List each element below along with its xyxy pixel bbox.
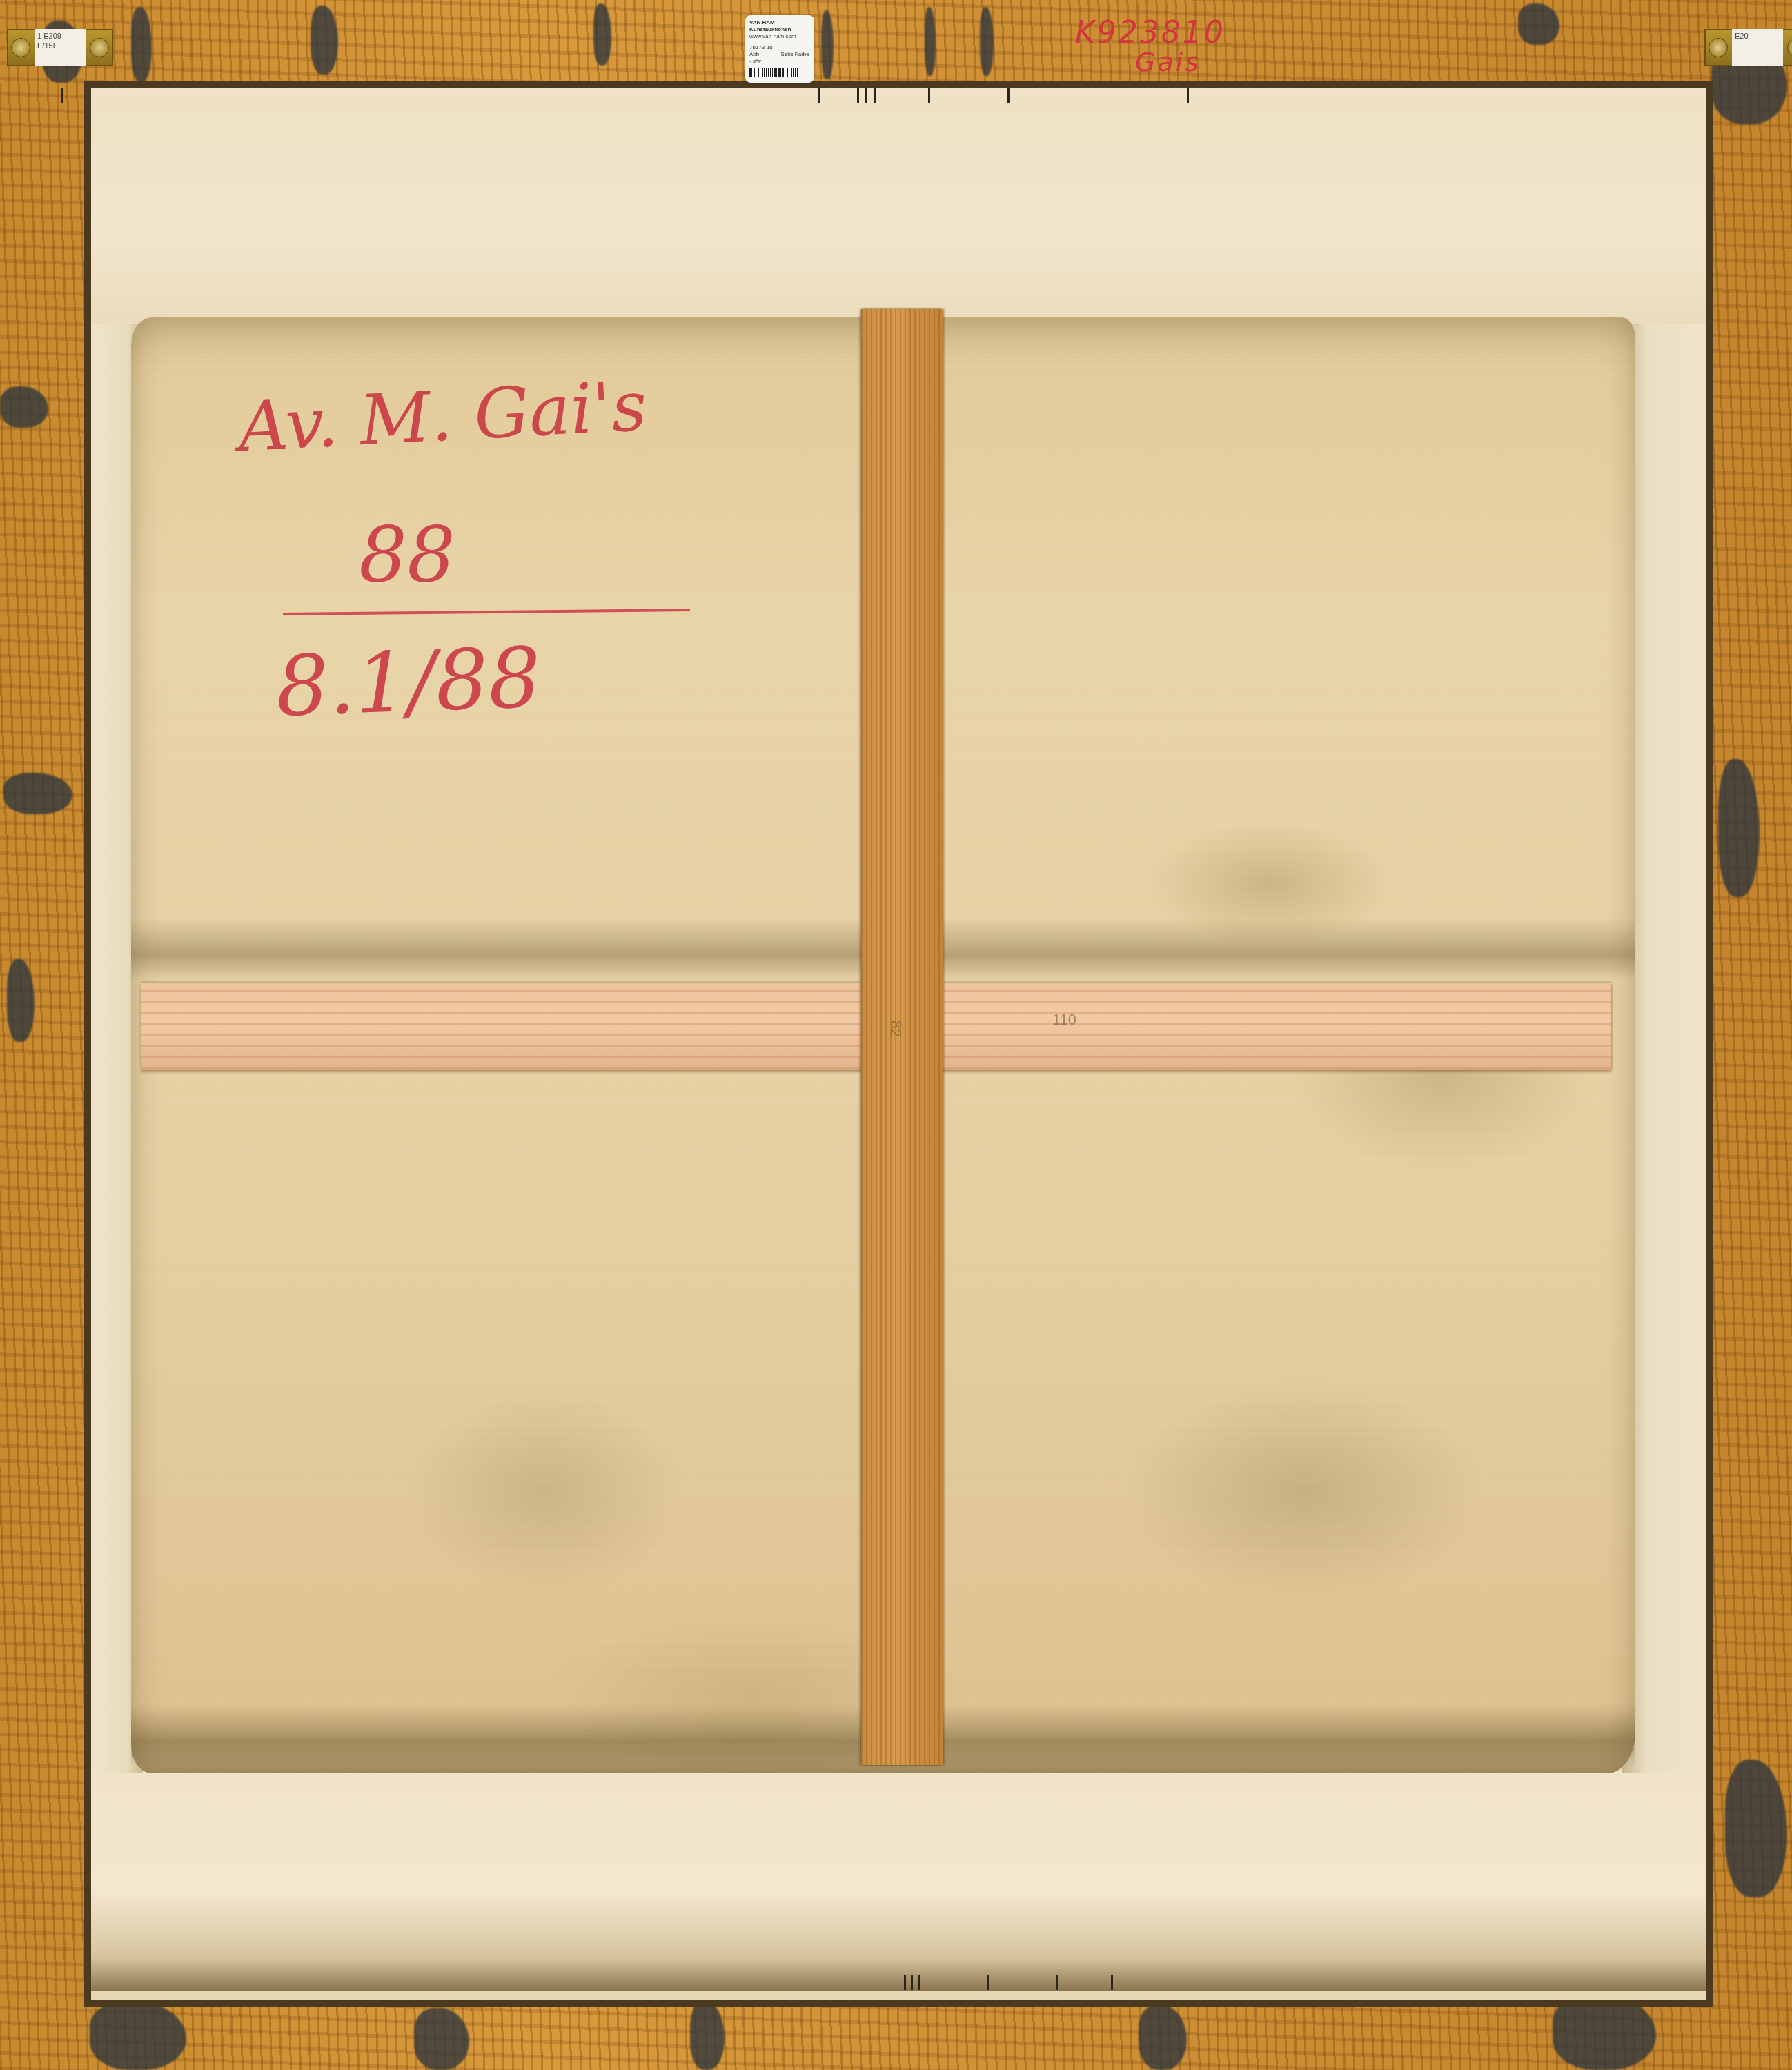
paint-stain (593, 3, 611, 66)
paint-stain (414, 2008, 469, 2070)
staple (1056, 1975, 1058, 1990)
staple (857, 88, 859, 103)
screw-icon (11, 38, 30, 57)
hanger-bracket-left: 1 E209 E/15E (7, 29, 113, 66)
staple (904, 1975, 906, 1990)
paint-stain (311, 6, 338, 75)
auction-website: www.van-ham.com (749, 33, 810, 40)
paint-stain (0, 386, 48, 428)
staple (1187, 88, 1189, 103)
paint-stain (131, 7, 152, 83)
staple (865, 88, 867, 103)
staple (874, 88, 876, 103)
staple (987, 1975, 989, 1990)
paint-stain (821, 10, 834, 79)
staple (1007, 88, 1010, 103)
canvas-inscription-date: 8.1/88 (275, 630, 543, 735)
auction-label: VAN HAM Kunstauktionen www.van-ham.com 7… (745, 15, 814, 83)
paint-stain (3, 773, 72, 814)
stretcher-mark: 110 (1052, 1011, 1076, 1029)
paint-stain (1518, 3, 1559, 45)
screw-icon (1709, 38, 1728, 57)
hanger-tag: E20 (1732, 29, 1783, 66)
barcode-icon (749, 68, 798, 77)
auction-house-name: VAN HAM Kunstauktionen (749, 19, 810, 33)
label-field: Abb ______ Seite Farbe - s/w (749, 51, 810, 65)
hanger-tag-text: E20 (1735, 32, 1749, 41)
lot-number: 76173-16 (749, 44, 810, 51)
vertical-stretcher-bar: 82 (861, 309, 943, 1765)
screw-icon (1787, 38, 1792, 57)
paint-stain (925, 7, 936, 76)
staple (928, 88, 930, 103)
paint-stain (690, 2001, 725, 2070)
hanger-tag-text: 1 E209 (37, 32, 61, 41)
staple (918, 1975, 920, 1990)
frame-name-inscription: Gais (1135, 47, 1201, 77)
paint-stain (90, 2001, 186, 2070)
staple (61, 88, 63, 103)
paint-stain (1139, 2004, 1187, 2070)
canvas-bottom-fold (91, 1770, 1706, 1991)
inventory-number: K923810 (1075, 15, 1225, 50)
paint-stain (1725, 1759, 1787, 1897)
canvas-inscription-number: 88 (359, 511, 455, 599)
canvas-top-fold (91, 97, 1706, 326)
hanger-bracket-right: E20 (1704, 29, 1792, 66)
stretcher-mark: 82 (887, 1021, 905, 1037)
staple (911, 1975, 913, 1990)
paint-stain (980, 7, 994, 76)
staple (818, 88, 820, 103)
paint-stain (1718, 759, 1760, 897)
screw-icon (90, 38, 109, 57)
hanger-tag: 1 E209 E/15E (35, 29, 86, 66)
hanger-tag-text: E/15E (37, 42, 58, 50)
staple (1111, 1975, 1113, 1990)
paint-stain (7, 959, 35, 1042)
